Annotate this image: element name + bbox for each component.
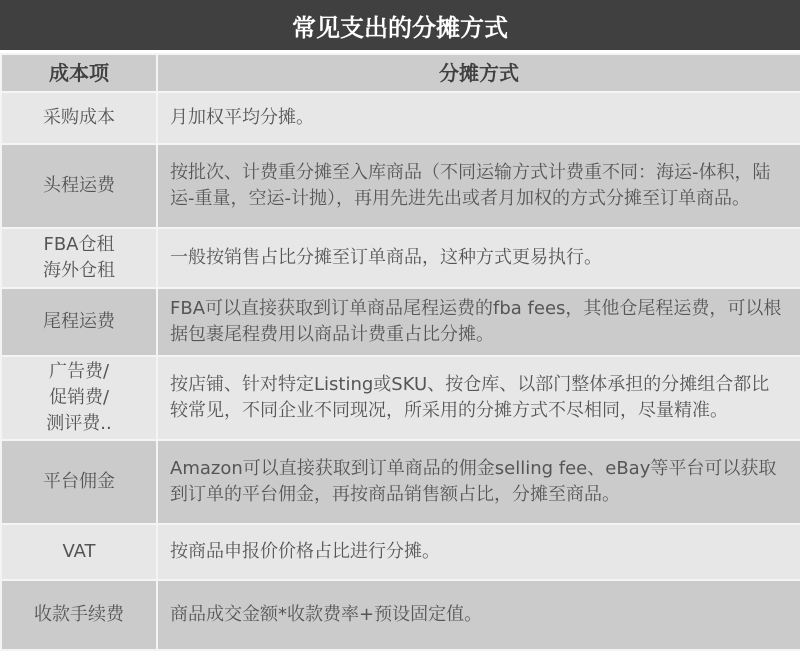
table-row: VAT按商品申报价价格占比进行分摊。	[1, 524, 800, 580]
cost-item-label: 测评费..	[2, 411, 156, 437]
cost-item-cell: FBA仓租海外仓租	[1, 228, 157, 288]
table-row: FBA仓租海外仓租一般按销售占比分摊至订单商品，这种方式更易执行。	[1, 228, 800, 288]
cost-item-label: FBA仓租	[2, 232, 156, 258]
cost-item-cell: 尾程运费	[1, 288, 157, 356]
cost-item-label: 广告费/	[2, 359, 156, 385]
expense-allocation-document: 常见支出的分摊方式 成本项 分摊方式 采购成本月加权平均分摊。头程运费按批次、计…	[0, 0, 800, 651]
allocation-method-cell: 按商品申报价价格占比进行分摊。	[157, 524, 800, 580]
cost-item-label: 采购成本	[2, 105, 156, 131]
page-title: 常见支出的分摊方式	[0, 0, 800, 50]
header-cost-item: 成本项	[1, 54, 157, 92]
table-row: 平台佣金Amazon可以直接获取到订单商品的佣金selling fee、eBay…	[1, 440, 800, 524]
cost-item-cell: 采购成本	[1, 92, 157, 144]
cost-item-label: 头程运费	[2, 173, 156, 199]
allocation-method-cell: Amazon可以直接获取到订单商品的佣金selling fee、eBay等平台可…	[157, 440, 800, 524]
cost-item-label: 尾程运费	[2, 309, 156, 335]
allocation-method-cell: FBA可以直接获取到订单商品尾程运费的fba fees，其他仓尾程运费，可以根据…	[157, 288, 800, 356]
cost-item-cell: 收款手续费	[1, 580, 157, 650]
allocation-method-cell: 按批次、计费重分摊至入库商品（不同运输方式计费重不同：海运-体积，陆运-重量，空…	[157, 144, 800, 228]
table-row: 采购成本月加权平均分摊。	[1, 92, 800, 144]
cost-item-cell: 头程运费	[1, 144, 157, 228]
header-allocation-method: 分摊方式	[157, 54, 800, 92]
allocation-table: 成本项 分摊方式 采购成本月加权平均分摊。头程运费按批次、计费重分摊至入库商品（…	[0, 53, 800, 651]
cost-item-cell: 平台佣金	[1, 440, 157, 524]
allocation-method-cell: 月加权平均分摊。	[157, 92, 800, 144]
table-row: 尾程运费FBA可以直接获取到订单商品尾程运费的fba fees，其他仓尾程运费，…	[1, 288, 800, 356]
allocation-method-cell: 一般按销售占比分摊至订单商品，这种方式更易执行。	[157, 228, 800, 288]
allocation-method-cell: 商品成交金额*收款费率+预设固定值。	[157, 580, 800, 650]
cost-item-cell: VAT	[1, 524, 157, 580]
table-row: 收款手续费商品成交金额*收款费率+预设固定值。	[1, 580, 800, 650]
cost-item-label: VAT	[2, 539, 156, 565]
table-row: 头程运费按批次、计费重分摊至入库商品（不同运输方式计费重不同：海运-体积，陆运-…	[1, 144, 800, 228]
cost-item-cell: 广告费/促销费/测评费..	[1, 356, 157, 440]
table-row: 广告费/促销费/测评费..按店铺、针对特定Listing或SKU、按仓库、以部门…	[1, 356, 800, 440]
table-header-row: 成本项 分摊方式	[1, 54, 800, 92]
cost-item-label: 收款手续费	[2, 602, 156, 628]
cost-item-label: 海外仓租	[2, 258, 156, 284]
cost-item-label: 促销费/	[2, 385, 156, 411]
allocation-method-cell: 按店铺、针对特定Listing或SKU、按仓库、以部门整体承担的分摊组合都比较常…	[157, 356, 800, 440]
cost-item-label: 平台佣金	[2, 469, 156, 495]
